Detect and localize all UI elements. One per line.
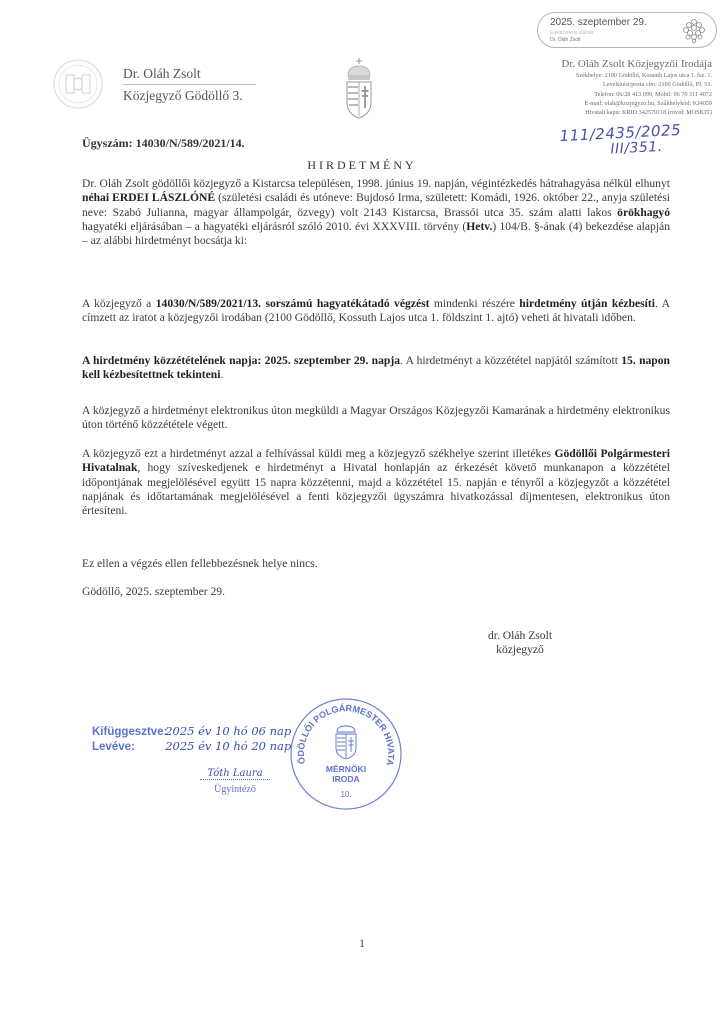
signature-block: dr. Oláh Zsolt közjegyző [420,629,620,657]
svg-text:10.: 10. [340,790,351,799]
stamp-date: 2025. szeptember 29. [550,17,647,28]
notary-office: Közjegyző Gödöllő 3. [123,88,243,104]
signatory-name: dr. Oláh Zsolt [420,629,620,643]
removed-row: Levéve: 2025 év 10 hó 20 nap [92,739,291,754]
svg-text:MÉRNÖKI: MÉRNÖKI [326,764,366,774]
e-signature-stamp: 2025. szeptember 29. Elektronikus aláírá… [537,12,717,48]
notary-chamber-seal-icon [680,16,708,44]
stamp-signer: Dr. Oláh Zsolt [550,37,581,43]
case-number: Ügyszám: 14030/N/589/2021/14. [82,136,245,151]
text-span: . A hirdetményt a közzététel napjától sz… [400,354,621,367]
order-reference: 14030/N/589/2021/13. sorszámú hagyatékát… [156,297,430,310]
signatory-role: közjegyző [420,643,620,657]
paragraph-chamber: A közjegyző a hirdetményt elektronikus ú… [82,404,670,433]
letterhead-postal: Levelezési/posta cím: 2100 Gödöllő, Pf. … [462,80,712,89]
posted-row: Kifüggesztve: 2025 év 10 hó 06 nap [92,724,291,739]
letterhead-email: E-mail: olah@kozjegyzo.hu, Szűkhelykód: … [462,99,712,108]
text-span: A közjegyző ezt a hirdetményt azzal a fe… [82,447,554,460]
posted-label: Kifüggesztve: [92,725,162,739]
letterhead-title: Dr. Oláh Zsolt Közjegyzői Irodája [462,58,712,71]
notary-seal-icon [52,58,104,110]
removed-value: 2025 év 10 hó 20 nap [165,739,291,753]
paragraph-intro: Dr. Oláh Zsolt gödöllői közjegyző a Kist… [82,177,670,248]
text-span: , hogy szíveskedjenek e hirdetményt a Hi… [82,461,670,517]
letterhead-phone: Telefon: 06/28 413 099, Mobil: 06 70 311… [462,90,712,99]
text-span: Dr. Oláh Zsolt gödöllői közjegyző a Kist… [82,177,670,190]
stamp-subtitle: Elektronikus aláírás [550,30,594,36]
mayor-office-stamp-icon: GÖDÖLLŐI POLGÁRMESTER HIVATAL MÉRNÖKI IR… [288,696,404,812]
letterhead-address: Székhelye: 2100 Gödöllő, Kossuth Lajos u… [462,71,712,80]
clerk-label: Ügyintéző [200,784,270,795]
clerk-signature: Tóth Laura [200,768,270,780]
paragraph-publication-date: A hirdetmény közzétételének napja: 2025.… [82,354,670,383]
handwritten-registration-number: 111/2435/2025 III/351. [559,122,682,160]
page-number: 1 [0,936,724,951]
text-span: A közjegyző a [82,297,156,310]
hungarian-coat-of-arms-icon [343,56,375,120]
header-divider [123,84,256,85]
paragraph-mayor-office: A közjegyző ezt a hirdetményt azzal a fe… [82,447,670,518]
paragraph-no-appeal: Ez ellen a végzés ellen fellebbezésnek h… [82,557,670,571]
svg-text:IRODA: IRODA [332,774,359,784]
posting-stamp: Kifüggesztve: 2025 év 10 hó 06 nap Levév… [92,724,291,754]
office-letterhead: Dr. Oláh Zsolt Közjegyzői Irodája Székhe… [462,58,712,117]
place-and-date: Gödöllő, 2025. szeptember 29. [82,585,670,599]
text-span: . [220,368,223,381]
publication-date: A hirdetmény közzétételének napja: 2025.… [82,354,400,367]
text-span: hagyatéki eljárásában – a hagyatéki eljá… [82,220,466,233]
letterhead-gateway: Hivatali kapu: KRID 342579118 (rövid: MO… [462,108,712,117]
text-span: mindenki részére [429,297,519,310]
notary-name: Dr. Oláh Zsolt [123,66,201,82]
document-title: HIRDETMÉNY [0,158,724,173]
deceased-name: néhai ERDEI LÁSZLÓNÉ [82,191,215,204]
posted-value: 2025 év 10 hó 06 nap [165,724,291,738]
paragraph-delivery: A közjegyző a 14030/N/589/2021/13. sorsz… [82,297,670,326]
law-abbreviation: Hetv. [466,220,492,233]
removed-label: Levéve: [92,740,162,754]
testator-label: örökhagyó [617,206,670,219]
delivery-method: hirdetmény útján kézbesíti [519,297,655,310]
